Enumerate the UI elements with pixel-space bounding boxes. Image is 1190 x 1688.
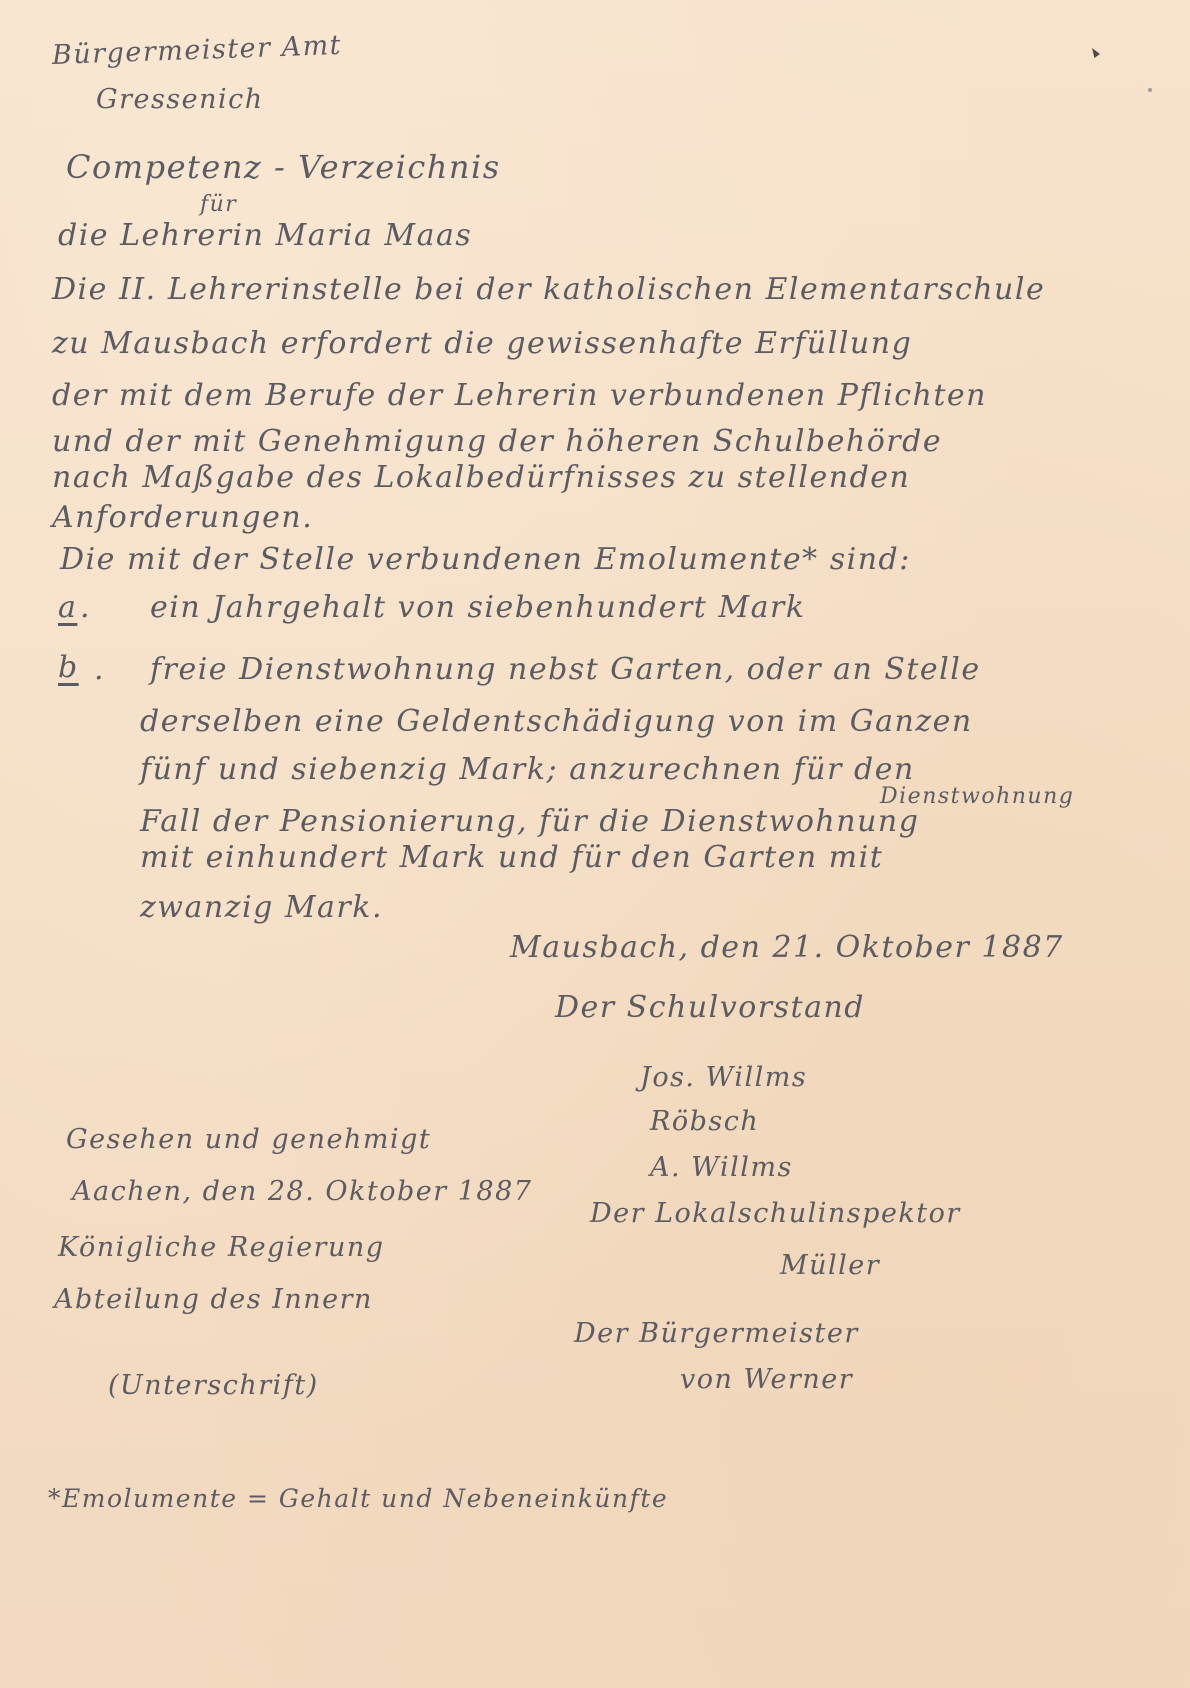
emoluments-intro: Die mit der Stelle verbundenen Emolument… [60, 542, 911, 577]
item-b-line-1: freie Dienstwohnung nebst Garten, oder a… [150, 652, 981, 687]
paper-speck [1148, 88, 1152, 92]
document-page: Bürgermeister Amt Gressenich Competenz -… [0, 0, 1190, 1688]
body-line-6: Anforderungen. [52, 500, 313, 535]
item-a-dot: . [80, 590, 91, 625]
mayor-title: Der Bürgermeister [574, 1318, 859, 1349]
item-b-line-5: mit einhundert Mark und für den Garten m… [140, 840, 883, 875]
item-b-line-3: fünf und siebenzig Mark; anzurechnen für… [140, 752, 915, 787]
signer-1: Jos. Willms [640, 1062, 807, 1093]
pencil-mark [1092, 48, 1100, 58]
inspector-name: Müller [780, 1250, 880, 1281]
place-date: Mausbach, den 21. Oktober 1887 [510, 930, 1064, 965]
signer-3: A. Willms [650, 1152, 793, 1183]
footnote: *Emolumente = Gehalt und Nebeneinkünfte [48, 1484, 668, 1513]
signer-2: Röbsch [650, 1106, 759, 1137]
mayor-name: von Werner [680, 1364, 853, 1395]
item-a-label: a [58, 590, 77, 625]
item-b-line-4: Fall der Pensionierung, für die Dienstwo… [140, 804, 919, 839]
school-board: Der Schulvorstand [555, 990, 865, 1025]
body-line-3: der mit dem Berufe der Lehrerin verbunde… [52, 378, 987, 413]
inspector-title: Der Lokalschulinspektor [590, 1198, 961, 1229]
approval-line-1: Gesehen und genehmigt [66, 1124, 431, 1155]
body-line-1: Die II. Lehrerinstelle bei der katholisc… [52, 272, 1045, 307]
body-line-4: und der mit Genehmigung der höheren Schu… [52, 424, 942, 459]
body-line-5: nach Maßgabe des Lokalbedürfnisses zu st… [52, 460, 910, 495]
document-subtitle: die Lehrerin Maria Maas [58, 218, 472, 253]
item-b-dot: . [94, 652, 105, 687]
approval-line-4: Abteilung des Innern [54, 1284, 373, 1315]
approval-line-5: (Unterschrift) [108, 1370, 319, 1401]
approval-line-2: Aachen, den 28. Oktober 1887 [72, 1176, 532, 1207]
header-place: Gressenich [96, 84, 264, 115]
document-title: Competenz - Verzeichnis [66, 148, 501, 186]
item-b-label: b [58, 650, 79, 685]
approval-line-3: Königliche Regierung [58, 1232, 385, 1263]
item-b-line-6: zwanzig Mark. [140, 890, 383, 925]
subtitle-insert: für [200, 192, 237, 217]
item-b-line-2: derselben eine Geldentschädigung von im … [140, 704, 973, 739]
header-office: Bürgermeister Amt [51, 30, 342, 71]
body-line-2: zu Mausbach erfordert die gewissenhafte … [52, 326, 912, 361]
item-a-text: ein Jahrgehalt von siebenhundert Mark [150, 590, 806, 625]
